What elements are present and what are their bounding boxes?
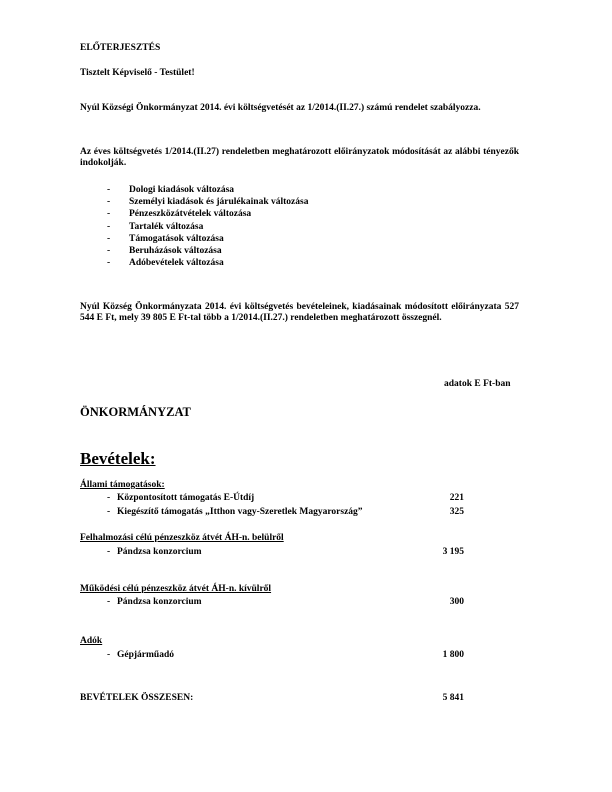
list-item: -Adóbevételek változása <box>107 258 308 270</box>
row-value: 300 <box>404 597 464 608</box>
list-item: -Beruházások változása <box>107 246 308 258</box>
row-value: 221 <box>404 493 464 504</box>
total-label: BEVÉTELEK ÖSSZESEN: <box>80 693 193 704</box>
group-heading-operating-transfer: Működési célú pénzeszköz átvét ÁH-n. kív… <box>80 584 271 595</box>
list-item: -Támogatások változása <box>107 234 308 246</box>
row-value: 325 <box>404 507 464 518</box>
intro-paragraph-1: Nyúl Községi Önkormányzat 2014. évi költ… <box>80 103 519 114</box>
revenues-heading: Bevételek: <box>80 449 156 468</box>
salutation: Tisztelt Képviselő - Testület! <box>80 68 195 79</box>
row-value: 3 195 <box>404 547 464 558</box>
group-heading-capital-transfer: Felhalmozási célú pénzeszköz átvét ÁH-n.… <box>80 533 284 544</box>
list-item: -Pénzeszközátvételek változása <box>107 209 308 221</box>
list-item: -Személyi kiadások és járulékainak válto… <box>107 197 308 209</box>
group-heading-state-support: Állami támogatások: <box>80 480 165 491</box>
list-item: -Dologi kiadások változása <box>107 185 308 197</box>
group-heading-taxes: Adók <box>80 636 102 647</box>
document-page: ELŐTERJESZTÉS Tisztelt Képviselő - Testü… <box>0 0 612 792</box>
list-item: -Tartalék változása <box>107 222 308 234</box>
section-title: ÖNKORMÁNYZAT <box>80 405 191 419</box>
unit-note: adatok E Ft-ban <box>444 379 511 390</box>
intro-paragraph-3: Nyúl Község Önkormányzata 2014. évi költ… <box>80 302 519 324</box>
document-title: ELŐTERJESZTÉS <box>80 43 160 54</box>
total-value: 5 841 <box>404 693 464 704</box>
row-value: 1 800 <box>404 650 464 661</box>
reasons-list: -Dologi kiadások változása -Személyi kia… <box>107 185 308 270</box>
intro-paragraph-2: Az éves költségvetés 1/2014.(II.27) rend… <box>80 147 519 169</box>
